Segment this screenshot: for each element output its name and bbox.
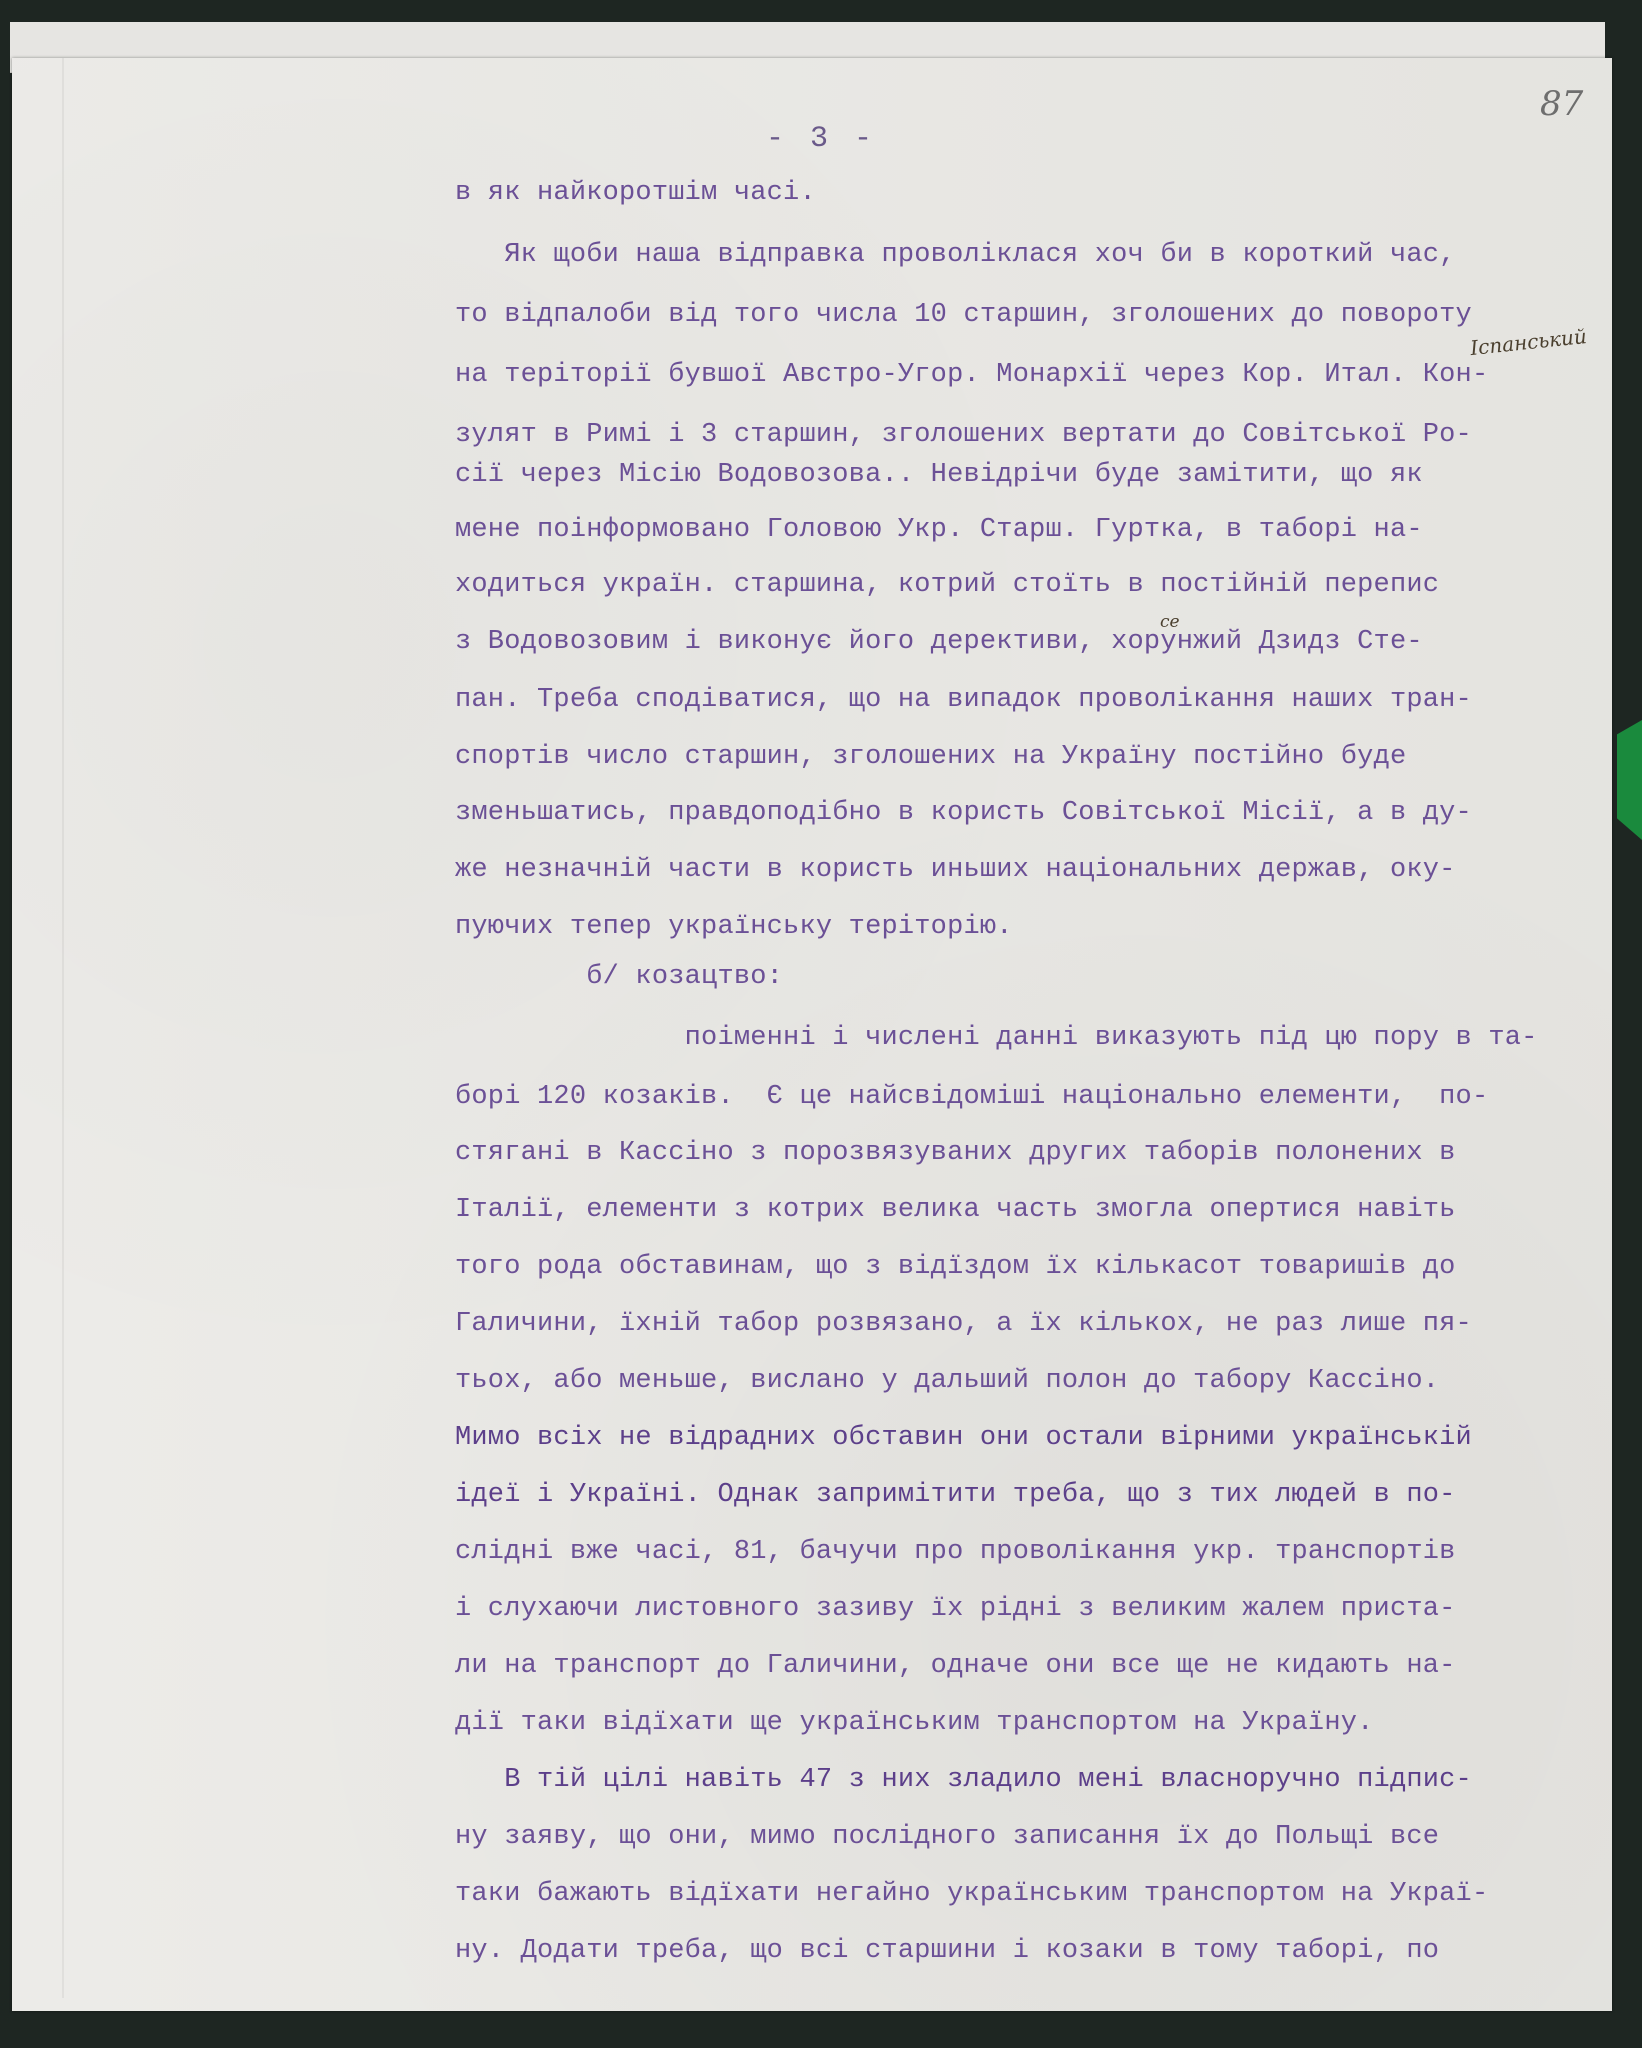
text-line: поіменні і числені данні виказують під ц…: [455, 1023, 1538, 1053]
text-line: таки бажають відїхати негайно українськи…: [455, 1879, 1488, 1909]
text-line: тьох, або меньше, вислано у дальший поло…: [455, 1366, 1439, 1396]
folio-number: 87: [1540, 84, 1583, 124]
text-line: В тій цілі навіть 47 з них зладило мені …: [455, 1765, 1472, 1795]
text-line: Галичини, їхній табор розвязано, а їх кі…: [455, 1309, 1472, 1339]
text-line: же незначній части в користь иньших наці…: [455, 855, 1456, 885]
green-bookmark-tab: [1617, 720, 1642, 840]
text-line: того рода обставинам, що з відїздом їх к…: [455, 1252, 1456, 1282]
text-line: з Водовозовим і виконує його дерективи, …: [455, 627, 1423, 657]
text-line: то відпалоби від того числа 10 старшин, …: [455, 300, 1472, 330]
page-number: - 3 -: [0, 122, 1642, 156]
text-line: ідеї і Україні. Однак запримітити треба,…: [455, 1480, 1456, 1510]
text-line: пуючих тепер українську теріторію.: [455, 912, 1013, 942]
text-line: в як найкоротшім часі.: [455, 178, 816, 208]
text-line: стягані в Кассіно з порозвязуваних други…: [455, 1138, 1456, 1168]
text-line: спортів число старшин, зголошених на Укр…: [455, 742, 1406, 772]
text-line: Мимо всіх не відрадних обставин они оста…: [455, 1423, 1472, 1453]
text-line: на теріторії бувшої Австро-Угор. Монархі…: [455, 360, 1488, 390]
text-line: борі 120 козаків. Є це найсвідоміші наці…: [455, 1082, 1488, 1112]
text-line: слідні вже часі, 81, бачучи про проволік…: [455, 1537, 1456, 1567]
text-line: і слухаючи листовного зазиву їх рідні з …: [455, 1594, 1456, 1624]
text-line: сії через Місію Водовозова.. Невідрічи б…: [455, 460, 1423, 490]
text-line: пан. Треба сподіватися, що на випадок пр…: [455, 685, 1472, 715]
text-line: ходиться україн. старшина, котрий стоїть…: [455, 570, 1439, 600]
text-line: ну. Додати треба, що всі старшини і коза…: [455, 1936, 1439, 1966]
text-line: мене поінформовано Головою Укр. Старш. Г…: [455, 515, 1423, 545]
page-fold: [62, 58, 64, 1998]
text-line: Італії, елементи з котрих велика часть з…: [455, 1195, 1456, 1225]
text-line: зменьшатись, правдоподібно в користь Сов…: [455, 798, 1472, 828]
text-line: ну заяву, що они, мимо послідного записа…: [455, 1822, 1439, 1852]
text-line: дії таки відїхати ще українським транспо…: [455, 1708, 1374, 1738]
text-line: Як щоби наша відправка проволіклася хоч …: [455, 240, 1456, 270]
section-heading: б/ козацтво:: [455, 962, 783, 992]
text-line: зулят в Римі і 3 старшин, зголошених вер…: [455, 420, 1472, 450]
text-line: ли на транспорт до Галичини, одначе они …: [455, 1651, 1456, 1681]
